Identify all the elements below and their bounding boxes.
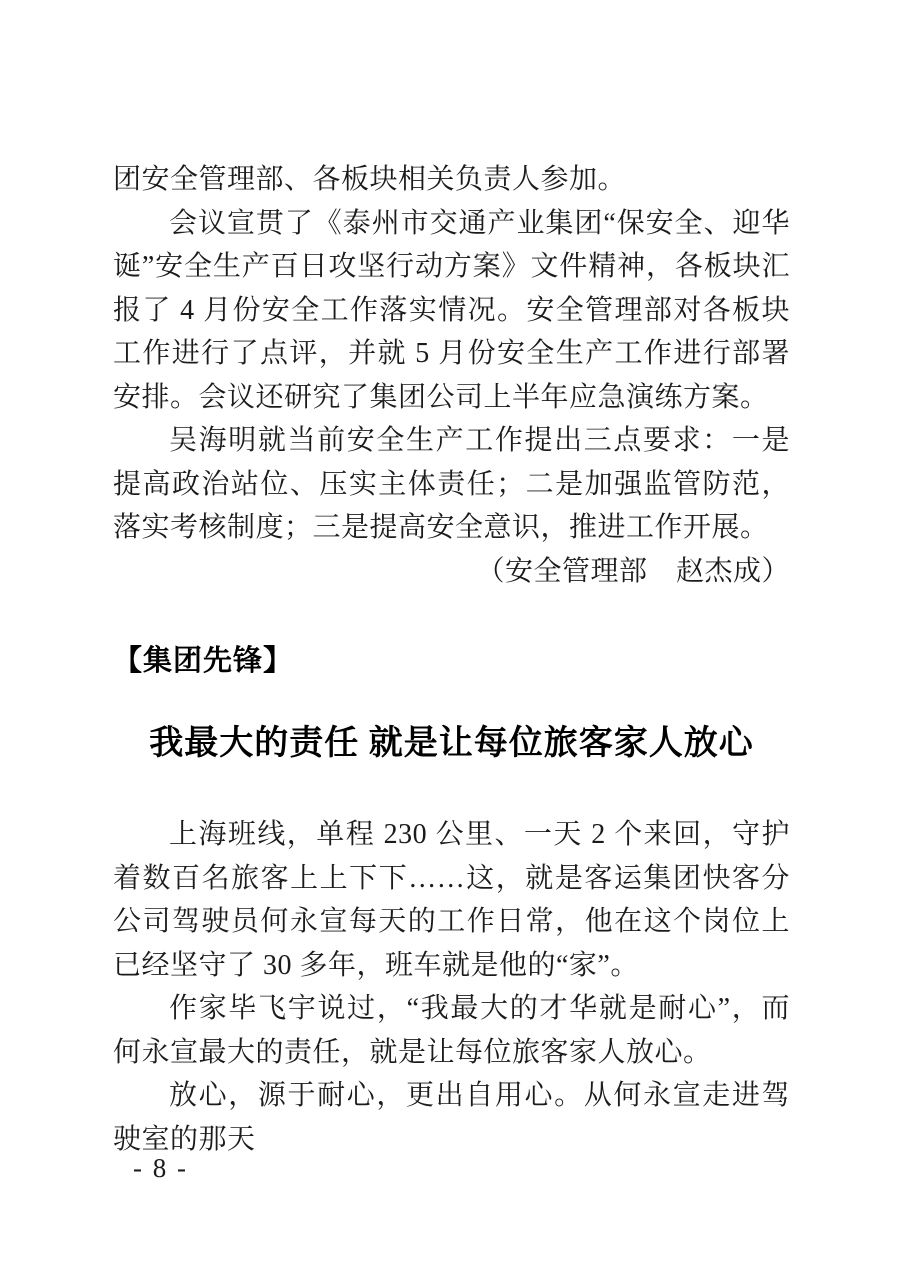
paragraph-article-care: 放心，源于耐心，更出自用心。从何永宣走进驾驶室的那天	[113, 1074, 790, 1161]
paragraph-continuation: 团安全管理部、各板块相关负责人参加。	[113, 158, 790, 202]
paragraph-article-intro: 上海班线，单程 230 公里、一天 2 个来回，守护着数百名旅客上上下下……这，…	[113, 813, 790, 987]
byline: （安全管理部 赵杰成）	[113, 550, 790, 594]
article-title: 我最大的责任 就是让每位旅客家人放心	[113, 721, 790, 767]
document-page: 团安全管理部、各板块相关负责人参加。 会议宣贯了《泰州市交通产业集团“保安全、迎…	[0, 0, 900, 1273]
paragraph-meeting-requirements: 吴海明就当前安全生产工作提出三点要求：一是提高政治站位、压实主体责任；二是加强监…	[113, 419, 790, 550]
paragraph-meeting-briefing: 会议宣贯了《泰州市交通产业集团“保安全、迎华诞”安全生产百日攻坚行动方案》文件精…	[113, 202, 790, 420]
paragraph-article-quote: 作家毕飞宇说过，“我最大的才华就是耐心”，而何永宣最大的责任，就是让每位旅客家人…	[113, 987, 790, 1074]
page-number: - 8 -	[133, 1150, 188, 1186]
section-tag: 【集团先锋】	[113, 643, 790, 679]
